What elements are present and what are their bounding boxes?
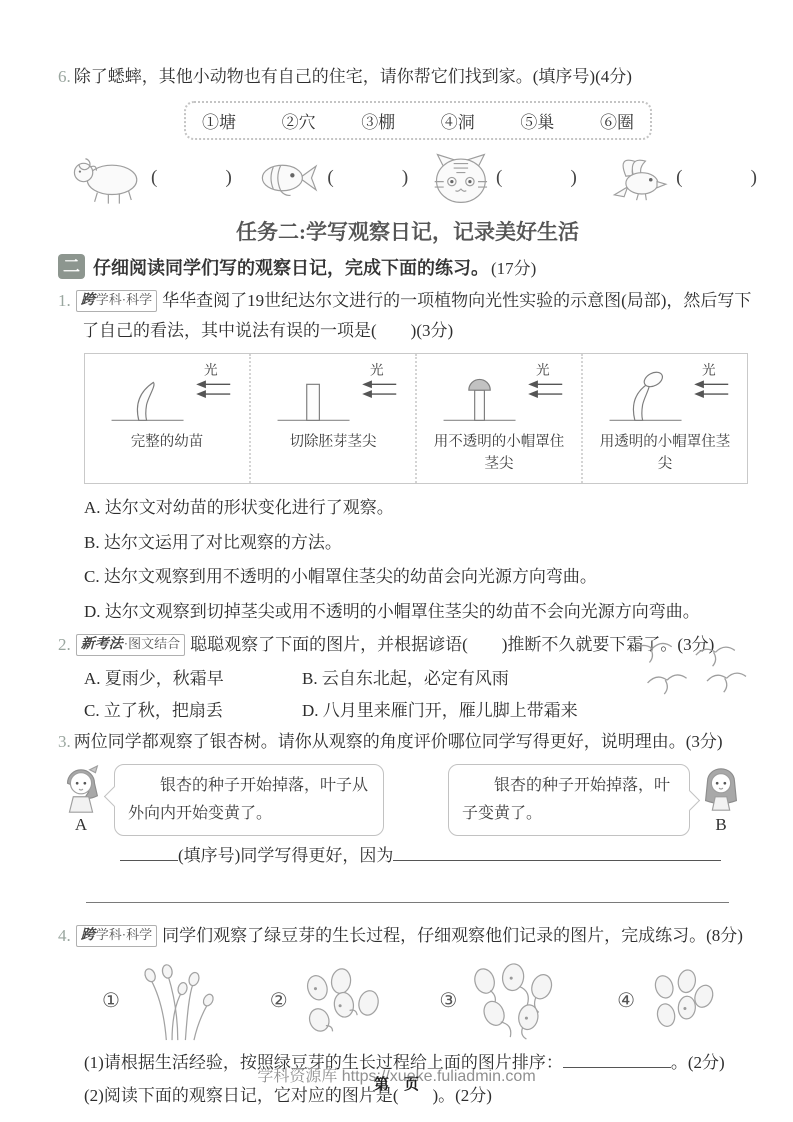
q2-choice-b: B. 云自东北起，必定有风雨 [302,663,644,695]
question-4-text: 同学们观察了绿豆芽的生长过程，仔细观察他们记录的图片，完成练习。(8分) [162,926,743,945]
q6-blank-3: () [496,167,577,189]
badge-lead: 新考法 [81,637,123,652]
q1-choice-b: B. 达尔文运用了对比观察的方法。 [84,527,757,558]
girl-b-avatar [700,764,742,816]
goose [648,675,687,694]
stage-number: ① [102,988,120,1013]
footer-page-label: 第 页 [0,1073,793,1094]
question-2-number: 2. [58,635,71,654]
q6-options-box: ①塘 ②穴 ③棚 ④洞 ⑤巢 ⑥圈 [184,101,652,140]
experiment-diagram-table: 光 完整的幼苗 光 切除胚芽茎尖 [84,353,748,485]
q6-option-6: ⑥圈 [600,108,634,133]
section-2-title: 仔细阅读同学们写的观察日记，完成下面的练习。 [93,254,489,280]
q3-answer-row: (填序号)同学写得更好，因为 [120,840,757,872]
q3-bubble-row: A 银杏的种子开始掉落，叶子从外向内开始变黄了。 银杏的种子开始掉落，叶子变黄了… [58,764,757,836]
q6-blank-2: () [327,167,408,189]
question-4: 4.跨学科·科学同学们观察了绿豆芽的生长过程，仔细观察他们记录的图片，完成练习。… [58,921,757,952]
q6-blank-1: () [151,167,232,189]
plain-beans-illustration [645,968,723,1034]
question-1-number: 1. [58,291,71,310]
badge-lead: 跨 [81,293,95,308]
question-6: 6.除了蟋蟀，其他小动物也有自己的住宅，请你帮它们找到家。(填序号)(4分) [58,62,757,93]
bird-illustration [601,151,670,205]
q1-choices: A. 达尔文对幼苗的形状变化进行了观察。 B. 达尔文运用了对比观察的方法。 C… [84,492,757,627]
sprouts-illustration [130,960,216,1042]
section-2-badge: 二 [58,254,85,280]
cat-illustration [432,150,490,206]
stage-number: ④ [617,988,635,1013]
question-3-text: 两位同学都观察了银杏树。请你从观察的角度评价哪位同学写得更好，说明理由。(3分) [74,732,723,751]
q6-blank-4: () [676,167,757,189]
beans-with-tails-illustration [467,962,563,1040]
bean-stage-item: ④ [617,968,723,1034]
question-1: 1.跨学科·科学华华查阅了19世纪达尔文进行的一项植物向光性实验的示意图(局部)… [58,286,757,347]
badge-rest: 学科·科学 [96,927,152,942]
bean-stage-item: ① [102,960,216,1042]
beans-small-sprouts-illustration [298,965,386,1037]
task-2-title: 任务二:学写观察日记，记录美好生活 [58,216,757,246]
tip-removed-figure: 光 [258,360,408,432]
light-label: 光 [702,361,716,377]
question-6-text: 除了蟋蟀，其他小动物也有自己的住宅，请你帮它们找到家。(填序号)(4分) [74,67,632,86]
answer-line [86,902,729,903]
diagram-cell-intact-seedling: 光 完整的幼苗 [85,354,251,484]
goose [633,643,672,662]
diagram-cell-clear-cap: 光 用透明的小帽罩住茎尖 [583,354,747,484]
clear-cap-figure: 光 [590,360,740,432]
intact-seedling-figure: 光 [92,360,242,432]
light-label: 光 [536,361,550,377]
question-1-text: 华华查阅了19世纪达尔文进行的一项植物向光性实验的示意图(局部)，然后写下了自己… [82,291,751,341]
q1-choice-d: D. 达尔文观察到切掉茎尖或用不透明的小帽罩住茎尖的幼苗不会向光源方向弯曲。 [84,596,757,627]
q2-choice-d: D. 八月里来雁门开，雁儿脚上带霜来 [302,695,644,727]
answer-blank [120,842,178,861]
diagram-caption: 完整的幼苗 [87,432,247,454]
question-3: 3.两位同学都观察了银杏树。请你从观察的角度评价哪位同学写得更好，说明理由。(3… [58,727,757,758]
q3-answer-prefix: (填序号)同学写得更好，因为 [178,846,393,865]
paren-open: ( [327,167,333,189]
answer-blank [393,842,721,861]
q6-option-3: ③棚 [361,108,395,133]
diagram-cell-tip-removed: 光 切除胚芽茎尖 [251,354,417,484]
light-label: 光 [204,361,218,377]
light-label: 光 [370,361,384,377]
diagram-caption: 切除胚芽茎尖 [253,432,413,454]
q6-option-1: ①塘 [202,108,236,133]
diagram-cell-opaque-cap: 光 用不透明的小帽罩住茎尖 [417,354,583,484]
question-6-number: 6. [58,67,71,86]
goose [696,647,735,666]
q1-choice-c: C. 达尔文观察到用不透明的小帽罩住茎尖的幼苗会向光源方向弯曲。 [84,561,757,592]
bubble-a-text: 银杏的种子开始掉落，叶子从外向内开始变黄了。 [128,772,370,828]
student-a: A [58,764,104,835]
q2-choices: A. 夏雨少，秋霜早 B. 云自东北起，必定有风雨 C. 立了秋，把扇丢 D. … [84,663,644,728]
worksheet-page: 6.除了蟋蟀，其他小动物也有自己的住宅，请你帮它们找到家。(填序号)(4分) ①… [0,0,793,1122]
sheep-illustration [68,150,145,206]
section-2-score: (17分) [491,254,536,279]
badge-rest: 学科·科学 [96,292,152,307]
diagram-caption: 用不透明的小帽罩住茎尖 [419,432,579,476]
q6-option-4: ④洞 [441,108,475,133]
bubble-b-text: 银杏的种子开始掉落，叶子变黄了。 [462,772,676,828]
q2-choice-c: C. 立了秋，把扇丢 [84,695,302,727]
stage-number: ② [270,988,288,1013]
paren-close: ) [402,167,408,189]
cross-subject-science-badge: 跨学科·科学 [76,925,157,947]
paren-open: ( [496,167,502,189]
paren-open: ( [151,167,157,189]
paren-open: ( [676,167,682,189]
diagram-caption: 用透明的小帽罩住茎尖 [585,432,745,476]
goose [707,673,746,692]
q6-animal-row: () () () [68,150,757,206]
cross-subject-science-badge: 跨学科·科学 [76,290,157,312]
q6-option-2: ②穴 [282,108,316,133]
new-method-badge: 新考法·图文结合 [76,634,185,656]
q6-option-5: ⑤巢 [520,108,554,133]
badge-lead: 跨 [81,928,95,943]
geese-illustration [629,636,759,702]
bubble-a: 银杏的种子开始掉落，叶子从外向内开始变黄了。 [114,764,384,836]
bean-stage-item: ③ [439,962,563,1040]
paren-close: ) [751,167,757,189]
section-2-header: 二 仔细阅读同学们写的观察日记，完成下面的练习。 (17分) [58,254,757,280]
girl-a-avatar [60,764,102,816]
q2-choice-a: A. 夏雨少，秋霜早 [84,663,302,695]
paren-close: ) [226,167,232,189]
fish-illustration [256,152,321,204]
stage-number: ③ [439,988,457,1013]
bean-stage-item: ② [270,965,386,1037]
question-4-number: 4. [58,926,71,945]
q4-image-row: ① ② [102,960,723,1042]
q1-choice-a: A. 达尔文对幼苗的形状变化进行了观察。 [84,492,757,523]
badge-rest: ·图文结合 [124,636,180,651]
paren-close: ) [571,167,577,189]
question-3-number: 3. [58,732,71,751]
student-a-label: A [75,816,87,835]
opaque-cap-figure: 光 [424,360,574,432]
bubble-b: 银杏的种子开始掉落，叶子变黄了。 [448,764,690,836]
student-b: B [698,764,744,835]
student-b-label: B [715,816,726,835]
